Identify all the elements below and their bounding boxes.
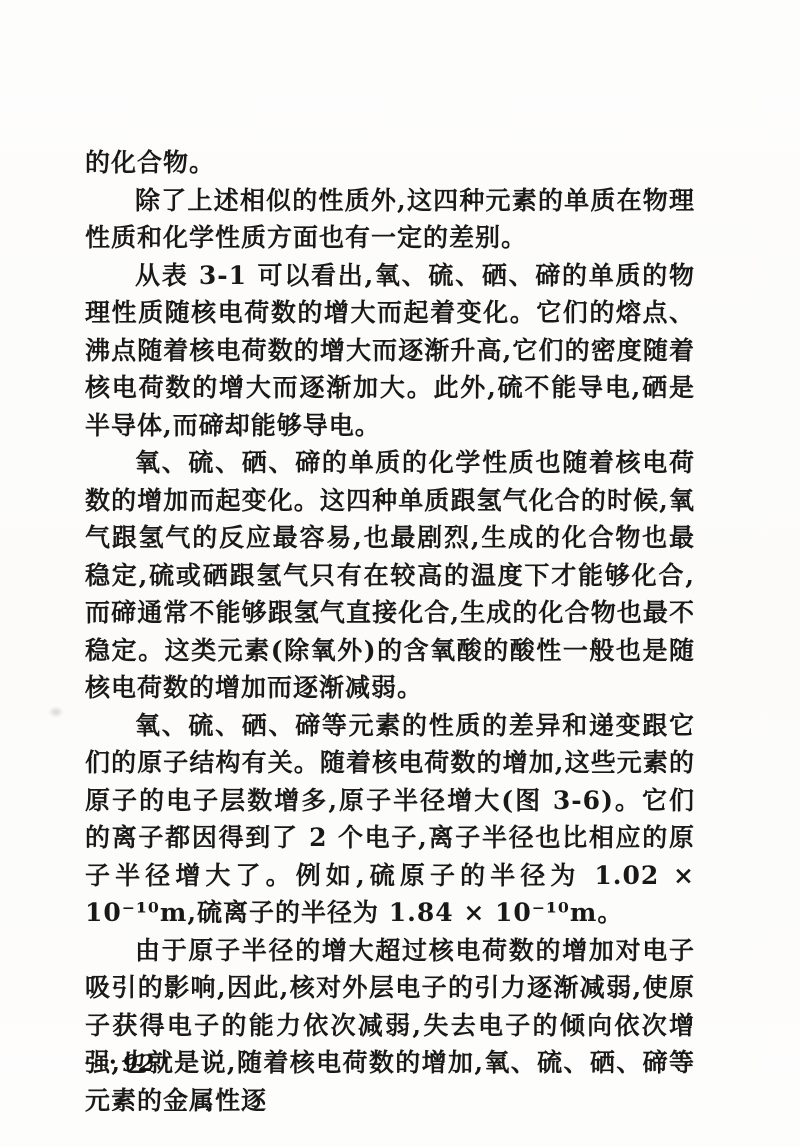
page-number-dot-left: •: [103, 1055, 123, 1069]
paragraph-6: 由于原子半径的增大超过核电荷数的增加对电子吸引的影响,因此,核对外层电子的引力逐…: [85, 932, 695, 1120]
page: 的化合物。 除了上述相似的性质外,这四种元素的单质在物理性质和化学性质方面也有一…: [0, 0, 800, 1147]
paragraph-4: 氧、硫、硒、碲的单质的化学性质也随着核电荷数的增加而起变化。这四种单质跟氢气化合…: [85, 444, 695, 707]
page-number-dot-right: •: [155, 1055, 175, 1069]
text-block: 的化合物。 除了上述相似的性质外,这四种元素的单质在物理性质和化学性质方面也有一…: [85, 144, 695, 1119]
paragraph-5: 氧、硫、硒、碲等元素的性质的差异和递变跟它们的原子结构有关。随着核电荷数的增加,…: [85, 707, 695, 932]
page-number-value: 92: [123, 1051, 156, 1077]
paragraph-2: 除了上述相似的性质外,这四种元素的单质在物理性质和化学性质方面也有一定的差别。: [85, 182, 695, 257]
page-number: •92•: [103, 1051, 175, 1077]
paragraph-1: 的化合物。: [85, 144, 695, 182]
scan-smudge: [48, 706, 64, 718]
paragraph-3: 从表 3-1 可以看出,氧、硫、硒、碲的单质的物理性质随核电荷数的增大而起着变化…: [85, 257, 695, 445]
